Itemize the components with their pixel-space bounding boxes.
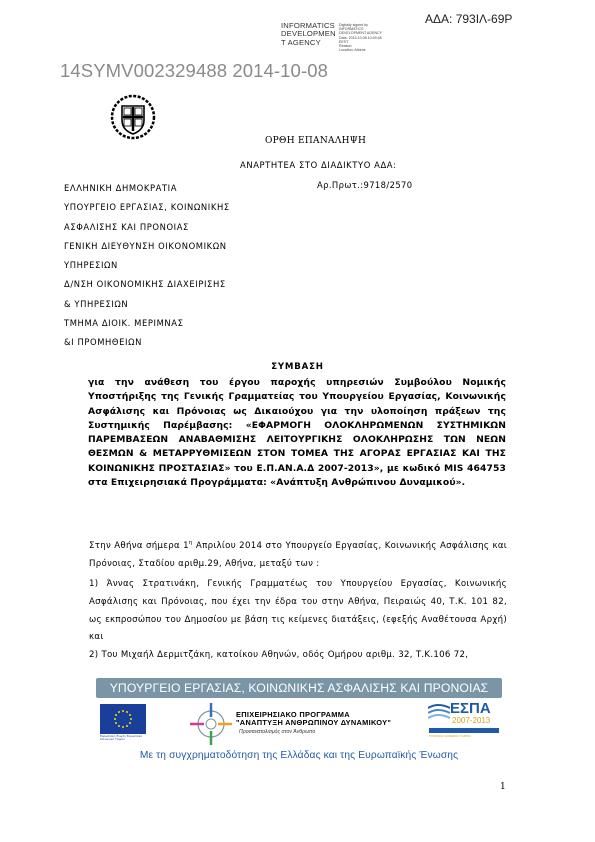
org-line: ΤΜΗΜΑ ΔΙΟΙΚ. ΜΕΡΙΜΝΑΣ — [64, 314, 230, 333]
page-number: 1 — [500, 782, 506, 792]
eu-flag-icon — [100, 704, 146, 734]
org-line: ΑΣΦΑΛΙΣΗΣ ΚΑΙ ΠΡΟΝΟΙΑΣ — [64, 218, 230, 237]
org-line: ΕΛΛΗΝΙΚΗ ΔΗΜΟΚΡΑΤΙΑ — [64, 179, 230, 198]
org-line: &Ι ΠΡΟΜΗΘΕΙΩΝ — [64, 333, 230, 352]
correct-repeat-label: ΟΡΘΗ ΕΠΑΝΑΛΗΨΗ — [265, 136, 366, 146]
digital-signature-details: Digitally signed by INFORMATICS DEVELOPM… — [339, 23, 399, 52]
org-line: Δ/ΝΣΗ ΟΙΚΟΝΟΜΙΚΗΣ ΔΙΑΧΕΙΡΙΣΗΣ — [64, 275, 230, 294]
cofunding-statement: Με τη συγχρηματοδότηση της Ελλάδας και τ… — [96, 750, 502, 761]
ada-code: ΑΔΑ: 793ΙΛ-69Ρ — [425, 12, 512, 26]
intro-text: Στην Αθήνα σήμερα 1 — [89, 541, 189, 551]
espa-label: ΕΣΠΑ — [450, 700, 491, 717]
org-line: ΥΠΗΡΕΣΙΩΝ — [64, 256, 230, 275]
espa-bar — [429, 728, 499, 733]
funding-banner: ΥΠΟΥΡΓΕΙΟ ΕΡΓΑΣΙΑΣ, ΚΟΙΝΩΝΙΚΗΣ ΑΣΦΑΛΙΣΗΣ… — [96, 678, 502, 766]
op-title-line: "ΑΝΑΠΤΥΞΗ ΑΝΘΡΩΠΙΝΟΥ ΔΥΝΑΜΙΚΟΥ" — [236, 719, 391, 727]
eu-caption: Ευρωπαϊκή Ένωση Ευρωπαϊκό Κοινωνικό Ταμε… — [100, 735, 148, 741]
contract-intro: Στην Αθήνα σήμερα 1η Απριλίου 2014 στο Υ… — [89, 535, 507, 573]
ministry-banner: ΥΠΟΥΡΓΕΙΟ ΕΡΓΑΣΙΑΣ, ΚΟΙΝΩΝΙΚΗΣ ΑΣΦΑΛΙΣΗΣ… — [96, 678, 502, 698]
org-line: & ΥΠΗΡΕΣΙΩΝ — [64, 295, 230, 314]
org-line: ΓΕΝΙΚΗ ΔΙΕΥΘΥΝΣΗ ΟΙΚΟΝΟΜΙΚΩΝ — [64, 237, 230, 256]
signature-org-line: T AGENCY — [281, 39, 341, 47]
espa-caption: ΕΥΡΩΠΑΪΚΟ ΚΟΙΝΩΝΙΚΟ ΤΑΜΕΙΟ — [429, 735, 499, 738]
signature-detail-line: Location: Athens — [339, 48, 399, 52]
protocol-number: Αρ.Πρωτ.:9718/2570 — [317, 180, 413, 190]
espa-years: 2007-2013 — [452, 716, 490, 725]
party-one: 1) Άννας Στρατινάκη, Γενικής Γραμματέως … — [89, 576, 507, 647]
operational-programme-subtitle: Προσανατολισμός στον Άνθρωπο — [239, 729, 315, 735]
document-id: 14SYMV002329488 2014-10-08 — [60, 60, 328, 82]
contract-subject: για την ανάθεση του έργου παροχής υπηρεσ… — [88, 376, 506, 490]
operational-programme-title: ΕΠΙΧΕΙΡΗΣΙΑΚΟ ΠΡΟΓΡΑΜΜΑ "ΑΝΑΠΤΥΞΗ ΑΝΘΡΩΠ… — [236, 711, 391, 727]
party-two: 2) Του Μιχαήλ Δερμιτζάκη, κατοίκου Αθηνώ… — [89, 647, 507, 665]
contract-heading: ΣΥΜΒΑΣΗ — [0, 362, 595, 372]
issuing-organization: ΕΛΛΗΝΙΚΗ ΔΗΜΟΚΡΑΤΙΑ ΥΠΟΥΡΓΕΙΟ ΕΡΓΑΣΙΑΣ, … — [64, 179, 230, 353]
signature-organization: INFORMATICS DEVELOPMEN T AGENCY — [281, 22, 341, 47]
operational-programme-logo-icon — [188, 701, 234, 747]
org-line: ΥΠΟΥΡΓΕΙΟ ΕΡΓΑΣΙΑΣ, ΚΟΙΝΩΝΙΚΗΣ — [64, 198, 230, 217]
publish-notice: ΑΝΑΡΤΗΤΕΑ ΣΤΟ ΔΙΑΔΙΚΤΥΟ ΑΔΑ: — [240, 160, 397, 170]
coat-of-arms-icon — [110, 94, 156, 140]
